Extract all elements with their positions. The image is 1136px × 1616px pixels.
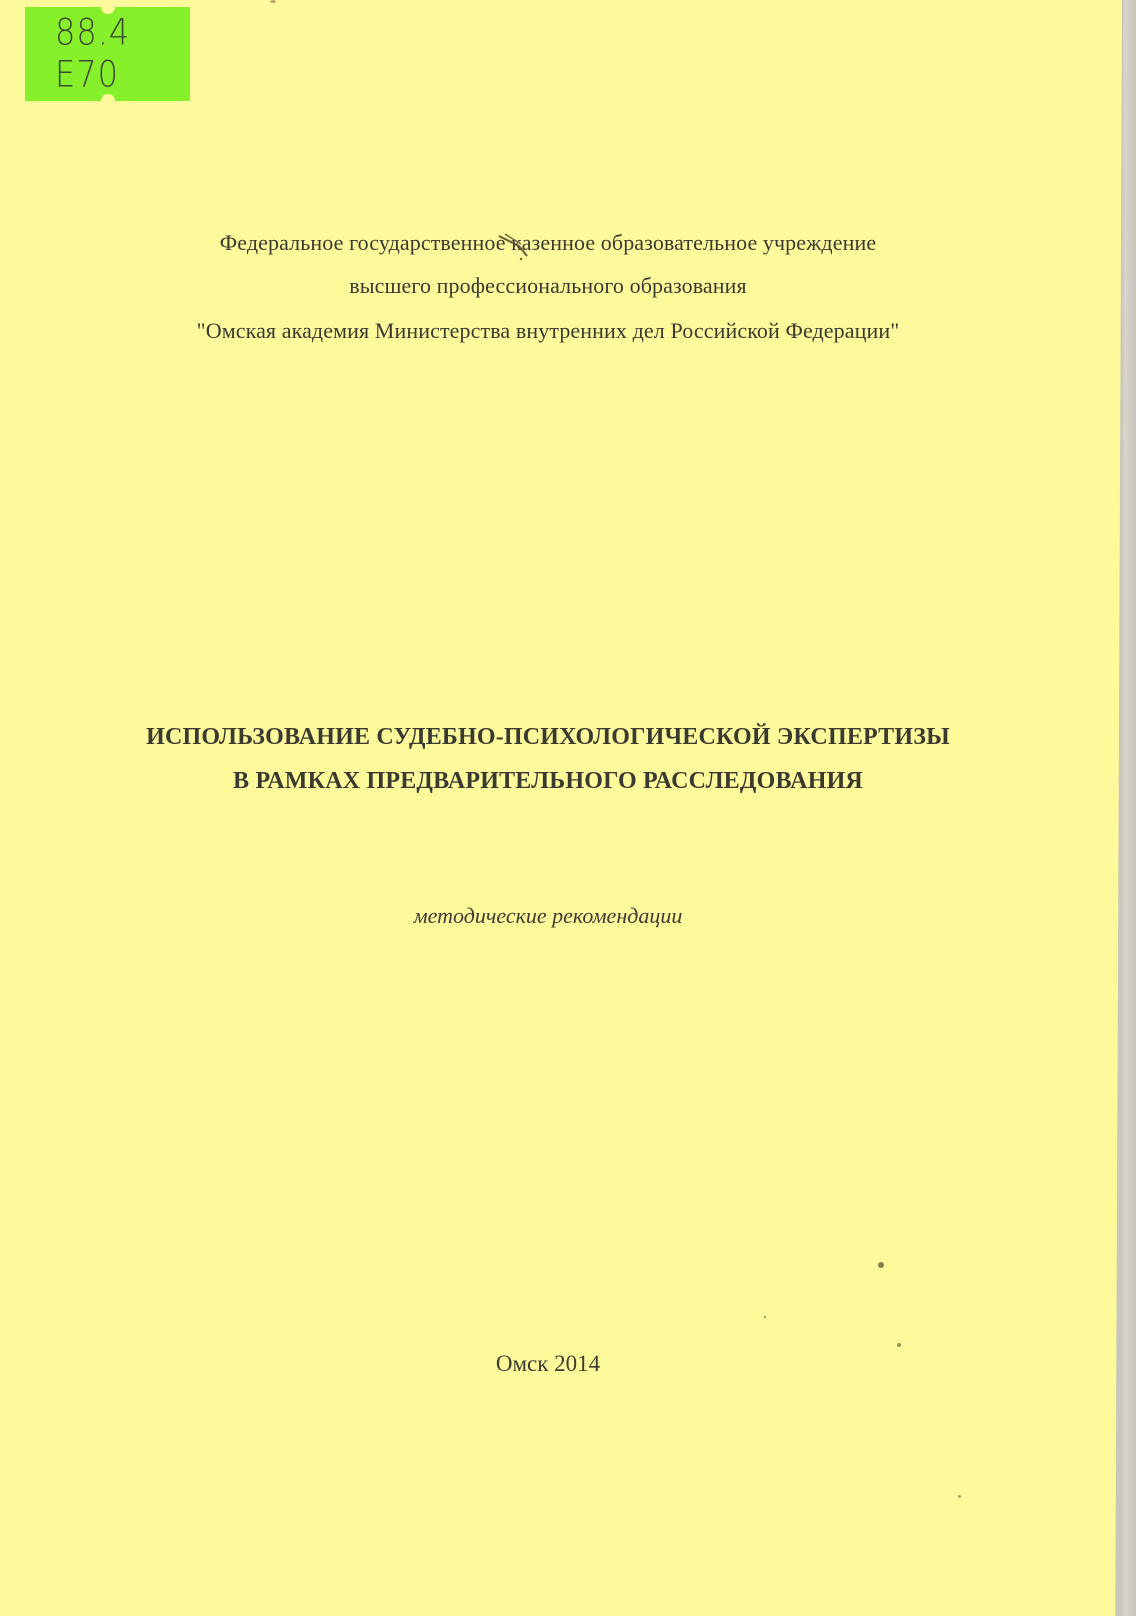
document-title-line-2: В РАМКАХ ПРЕДВАРИТЕЛЬНОГО РАССЛЕДОВАНИЯ	[0, 768, 1096, 795]
institution-line-3: "Омская академия Министерства внутренних…	[0, 318, 1096, 344]
tag-classification-code: 88.4	[55, 10, 130, 54]
scan-speck	[958, 1495, 961, 1498]
institution-line-1: Федеральное государственное казенное обр…	[0, 230, 1096, 256]
library-classification-tag: 88.4 Е70	[25, 7, 190, 101]
scan-speck	[764, 1316, 766, 1318]
imprint-city-year: Омск 2014	[0, 1351, 1096, 1377]
tag-author-mark: Е70	[55, 52, 119, 96]
document-type: методические рекомендации	[0, 903, 1096, 929]
scan-speck	[878, 1262, 884, 1268]
document-title-line-1: ИСПОЛЬЗОВАНИЕ СУДЕБНО-ПСИХОЛОГИЧЕСКОЙ ЭК…	[0, 724, 1096, 751]
pen-mark-icon	[497, 232, 539, 262]
scan-speck	[897, 1343, 901, 1347]
book-cover: 88.4 Е70 Федеральное государственное каз…	[0, 0, 1122, 1616]
institution-line-2: высшего профессионального образования	[0, 273, 1096, 299]
scan-speck	[270, 0, 276, 3]
